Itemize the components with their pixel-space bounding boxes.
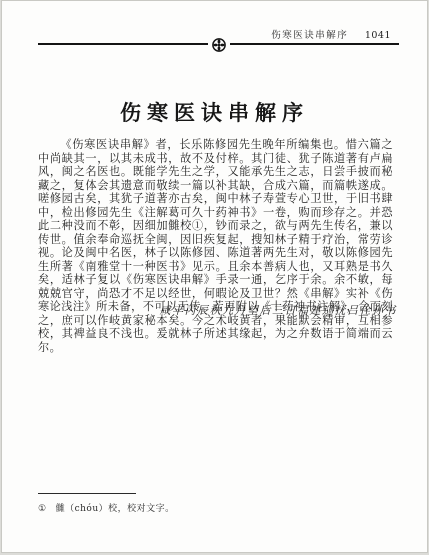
page-title: 伤寒医诀串解序: [2, 97, 427, 127]
footnote: ①雠（chóu）校，校对文字。: [38, 501, 397, 514]
footnote-separator: [38, 493, 136, 494]
signature-line: 咸丰丙辰秋九月望后三日福建巡抚吕佺孙书: [160, 302, 398, 318]
footnote-text: 雠（chóu）校，校对文字。: [56, 504, 175, 514]
footnote-marker: ①: [38, 504, 47, 514]
running-head: 伤寒医诀串解序 1041: [38, 27, 399, 46]
flower-medallion-icon: [212, 38, 226, 52]
running-head-text: 伤寒医诀串解序 1041: [230, 27, 400, 43]
book-page: 伤寒医诀串解序 1041 伤寒医诀串解序 《伤寒医诀串解》者，长乐陈修园先生晚年…: [1, 0, 428, 553]
page-number: 1041: [365, 30, 391, 41]
header-rule-left: [38, 43, 208, 45]
header-rule-right: [230, 43, 400, 45]
header-right: 伤寒医诀串解序 1041: [230, 27, 400, 46]
running-head-title: 伤寒医诀串解序: [271, 30, 348, 41]
preface-body: 《伤寒医诀串解》者，长乐陈修园先生晚年所编集也。惜六篇之中尚缺其一，以其未成书，…: [38, 138, 393, 354]
